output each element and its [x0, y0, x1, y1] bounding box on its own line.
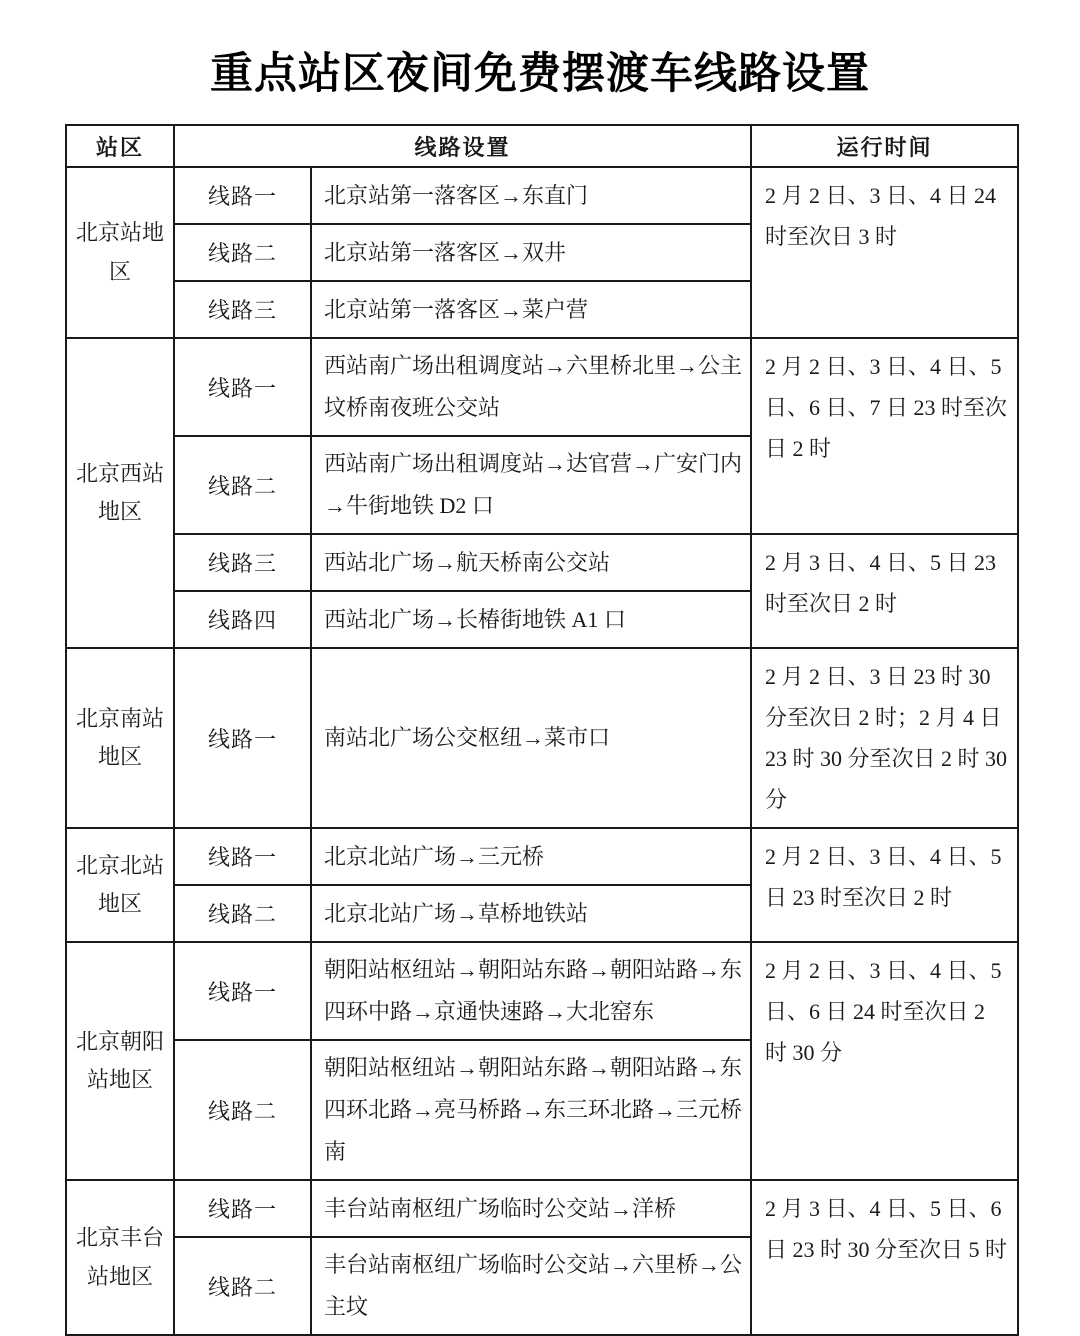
route-path-cell: 朝阳站枢纽站→朝阳站东路→朝阳站路→东四环北路→亮马桥路→东三环北路→三元桥南: [311, 1040, 751, 1180]
table-row: 北京丰台站地区 线路一 丰台站南枢纽广场临时公交站→洋桥 2 月 3 日、4 日…: [66, 1180, 1018, 1237]
station-cell: 北京丰台站地区: [66, 1180, 174, 1335]
route-label-cell: 线路一: [174, 828, 311, 885]
shuttle-route-table: 站区 线路设置 运行时间 北京站地区 线路一 北京站第一落客区→东直门 2 月 …: [65, 124, 1019, 1336]
route-label-cell: 线路三: [174, 534, 311, 591]
time-cell: 2 月 2 日、3 日、4 日、5 日 23 时至次日 2 时: [751, 828, 1018, 942]
table-header-row: 站区 线路设置 运行时间: [66, 125, 1018, 167]
time-cell: 2 月 2 日、3 日、4 日、5 日、6 日 24 时至次日 2 时 30 分: [751, 942, 1018, 1180]
route-label-cell: 线路一: [174, 1180, 311, 1237]
route-path-cell: 西站南广场出租调度站→达官营→广安门内→牛街地铁 D2 口: [311, 436, 751, 534]
route-label-cell: 线路二: [174, 885, 311, 942]
route-label-cell: 线路一: [174, 942, 311, 1040]
route-path-cell: 北京北站广场→三元桥: [311, 828, 751, 885]
route-label-cell: 线路二: [174, 1040, 311, 1180]
station-cell: 北京南站地区: [66, 648, 174, 828]
route-path-cell: 南站北广场公交枢纽→菜市口: [311, 648, 751, 828]
route-path-cell: 北京站第一落客区→双井: [311, 224, 751, 281]
route-label-cell: 线路二: [174, 436, 311, 534]
route-path-cell: 朝阳站枢纽站→朝阳站东路→朝阳站路→东四环中路→京通快速路→大北窑东: [311, 942, 751, 1040]
table-row: 北京南站地区 线路一 南站北广场公交枢纽→菜市口 2 月 2 日、3 日 23 …: [66, 648, 1018, 828]
route-path-cell: 北京站第一落客区→菜户营: [311, 281, 751, 338]
time-cell: 2 月 2 日、3 日、4 日、5 日、6 日、7 日 23 时至次日 2 时: [751, 338, 1018, 534]
header-route-setup: 线路设置: [174, 125, 751, 167]
station-cell: 北京朝阳站地区: [66, 942, 174, 1180]
route-label-cell: 线路三: [174, 281, 311, 338]
document-page: { "page": { "title": "重点站区夜间免费摆渡车线路设置" }…: [0, 0, 1080, 1309]
table-row: 北京北站地区 线路一 北京北站广场→三元桥 2 月 2 日、3 日、4 日、5 …: [66, 828, 1018, 885]
route-label-cell: 线路一: [174, 648, 311, 828]
page-title: 重点站区夜间免费摆渡车线路设置: [0, 0, 1080, 101]
table-row: 北京朝阳站地区 线路一 朝阳站枢纽站→朝阳站东路→朝阳站路→东四环中路→京通快速…: [66, 942, 1018, 1040]
route-label-cell: 线路二: [174, 224, 311, 281]
route-path-cell: 北京北站广场→草桥地铁站: [311, 885, 751, 942]
time-cell: 2 月 3 日、4 日、5 日 23 时至次日 2 时: [751, 534, 1018, 648]
route-label-cell: 线路一: [174, 167, 311, 224]
header-station: 站区: [66, 125, 174, 167]
table-row: 线路三 西站北广场→航天桥南公交站 2 月 3 日、4 日、5 日 23 时至次…: [66, 534, 1018, 591]
route-label-cell: 线路一: [174, 338, 311, 436]
route-path-cell: 西站北广场→航天桥南公交站: [311, 534, 751, 591]
time-cell: 2 月 3 日、4 日、5 日、6 日 23 时 30 分至次日 5 时: [751, 1180, 1018, 1335]
route-label-cell: 线路四: [174, 591, 311, 648]
table-row: 北京站地区 线路一 北京站第一落客区→东直门 2 月 2 日、3 日、4 日 2…: [66, 167, 1018, 224]
route-path-cell: 丰台站南枢纽广场临时公交站→洋桥: [311, 1180, 751, 1237]
route-path-cell: 西站北广场→长椿街地铁 A1 口: [311, 591, 751, 648]
route-path-cell: 西站南广场出租调度站→六里桥北里→公主坟桥南夜班公交站: [311, 338, 751, 436]
route-path-cell: 北京站第一落客区→东直门: [311, 167, 751, 224]
station-cell: 北京西站地区: [66, 338, 174, 648]
station-cell: 北京北站地区: [66, 828, 174, 942]
table-row: 北京西站地区 线路一 西站南广场出租调度站→六里桥北里→公主坟桥南夜班公交站 2…: [66, 338, 1018, 436]
route-path-cell: 丰台站南枢纽广场临时公交站→六里桥→公主坟: [311, 1237, 751, 1335]
header-run-time: 运行时间: [751, 125, 1018, 167]
time-cell: 2 月 2 日、3 日、4 日 24 时至次日 3 时: [751, 167, 1018, 338]
station-cell: 北京站地区: [66, 167, 174, 338]
time-cell: 2 月 2 日、3 日 23 时 30 分至次日 2 时；2 月 4 日 23 …: [751, 648, 1018, 828]
route-label-cell: 线路二: [174, 1237, 311, 1335]
